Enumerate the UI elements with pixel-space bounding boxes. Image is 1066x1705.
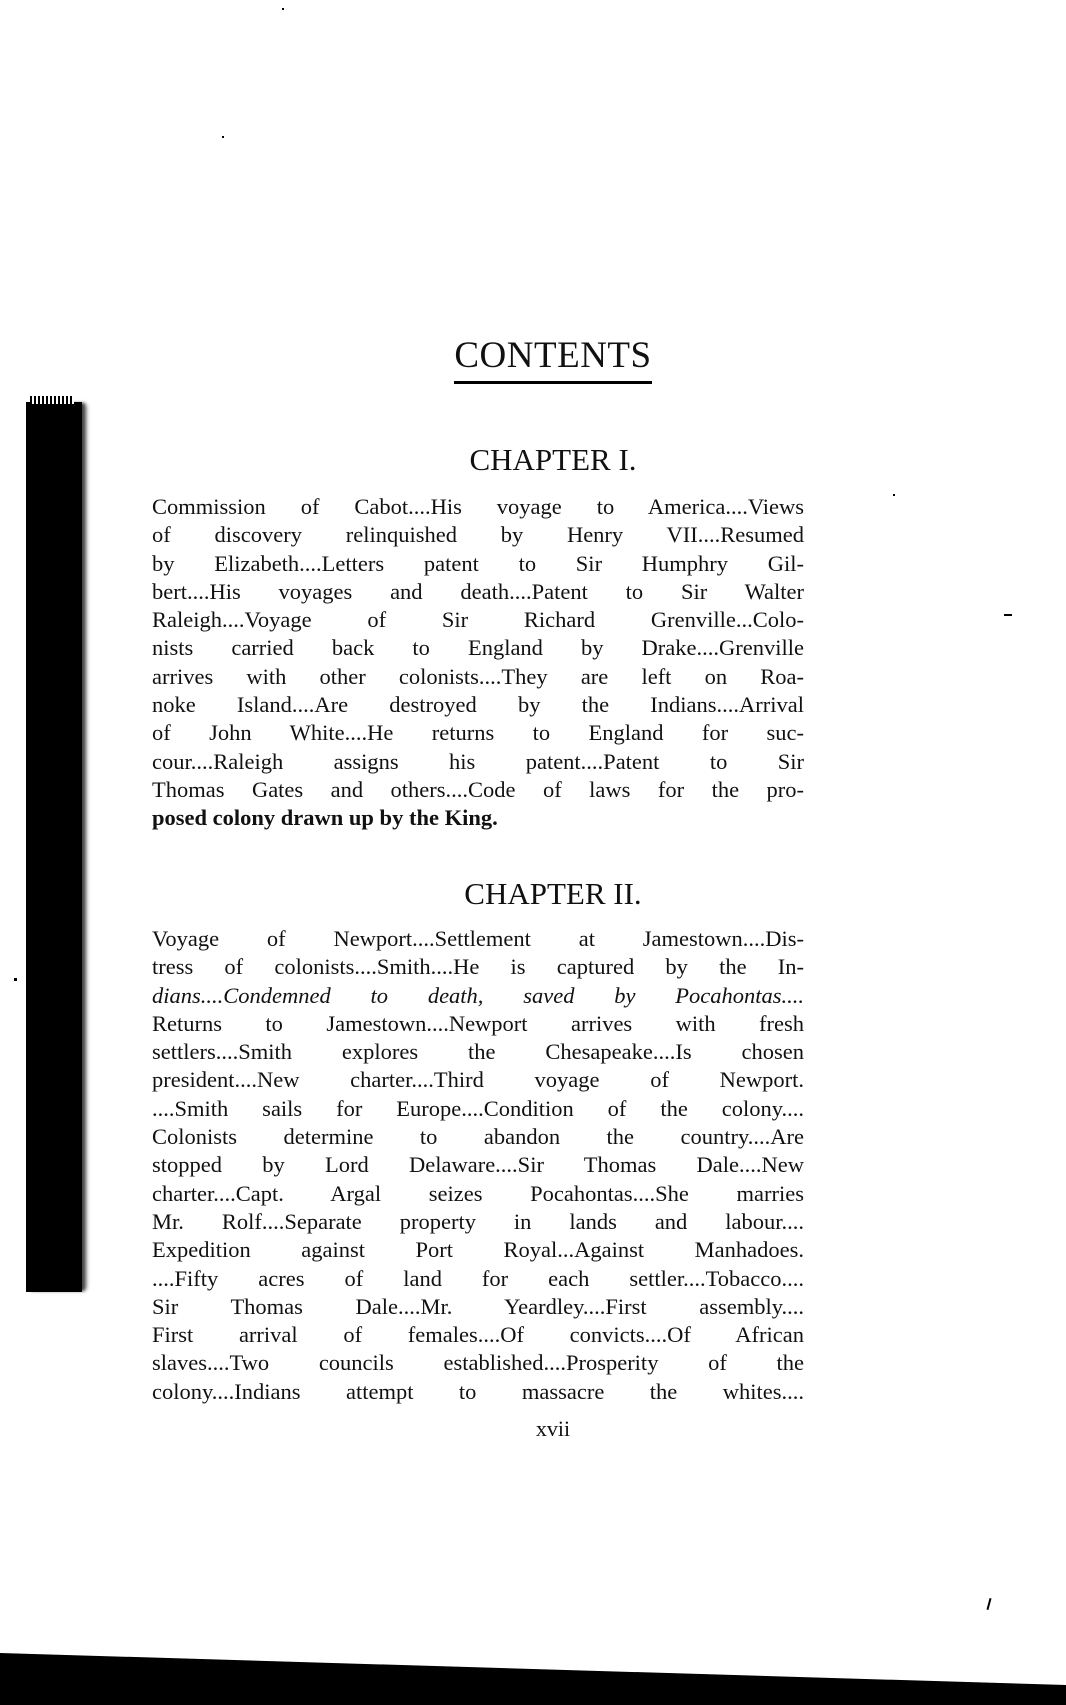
summary-line: charter....Capt. Argal seizes Pocahontas… <box>178 1180 804 1208</box>
summary-line: Commission of Cabot....His voyage to Ame… <box>178 493 804 521</box>
summary-line: president....New charter....Third voyage… <box>178 1066 804 1094</box>
page-number: xvii <box>40 1416 1066 1442</box>
summary-line: Sir Thomas Dale....Mr. Yeardley....First… <box>178 1293 804 1321</box>
summary-line: of discovery relinquished by Henry VII..… <box>178 521 804 549</box>
summary-line: noke Island....Are destroyed by the Indi… <box>178 691 804 719</box>
summary-line: by Elizabeth....Letters patent to Sir Hu… <box>178 550 804 578</box>
summary-line: posed colony drawn up by the King. <box>178 804 804 832</box>
scan-speck <box>1004 614 1012 616</box>
summary-line: slaves....Two councils established....Pr… <box>178 1349 804 1377</box>
summary-line: nists carried back to England by Drake..… <box>178 634 804 662</box>
scan-bottom-edge <box>0 1645 1066 1705</box>
scan-speck <box>986 1598 991 1610</box>
summary-line: of John White....He returns to England f… <box>178 719 804 747</box>
chapter-summary-2: Voyage of Newport....Settlement at James… <box>152 925 804 1406</box>
summary-line: Mr. Rolf....Separate property in lands a… <box>178 1208 804 1236</box>
scan-speck <box>222 136 224 138</box>
scan-speck <box>14 978 17 981</box>
summary-line: stopped by Lord Delaware....Sir Thomas D… <box>178 1151 804 1179</box>
summary-line: Colonists determine to abandon the count… <box>178 1123 804 1151</box>
summary-line: Thomas Gates and others....Code of laws … <box>178 776 804 804</box>
summary-line: First arrival of females....Of convicts.… <box>178 1321 804 1349</box>
page-title: CONTENTS <box>454 334 651 384</box>
summary-line: Raleigh....Voyage of Sir Richard Grenvil… <box>178 606 804 634</box>
summary-line: Returns to Jamestown....Newport arrives … <box>178 1010 804 1038</box>
summary-line: cour....Raleigh assigns his patent....Pa… <box>178 748 804 776</box>
summary-line: ....Fifty acres of land for each settler… <box>178 1265 804 1293</box>
summary-line: ....Smith sails for Europe....Condition … <box>178 1095 804 1123</box>
summary-line: dians....Condemned to death, saved by Po… <box>178 982 804 1010</box>
scan-speck <box>282 8 284 10</box>
chapter-heading-1: CHAPTER I. <box>40 442 1066 478</box>
summary-line: arrives with other colonists....They are… <box>178 663 804 691</box>
page-title-container: CONTENTS <box>0 334 1066 384</box>
summary-line: bert....His voyages and death....Patent … <box>178 578 804 606</box>
chapter-heading-2: CHAPTER II. <box>40 876 1066 912</box>
summary-line: settlers....Smith explores the Chesapeak… <box>178 1038 804 1066</box>
summary-line: Expedition against Port Royal...Against … <box>178 1236 804 1264</box>
summary-line: tress of colonists....Smith....He is cap… <box>178 953 804 981</box>
scan-margin-shadow <box>26 402 82 1292</box>
scan-speck <box>893 494 895 496</box>
summary-line: colony....Indians attempt to massacre th… <box>178 1378 804 1406</box>
summary-line: Voyage of Newport....Settlement at James… <box>178 925 804 953</box>
chapter-summary-1: Commission of Cabot....His voyage to Ame… <box>152 493 804 833</box>
